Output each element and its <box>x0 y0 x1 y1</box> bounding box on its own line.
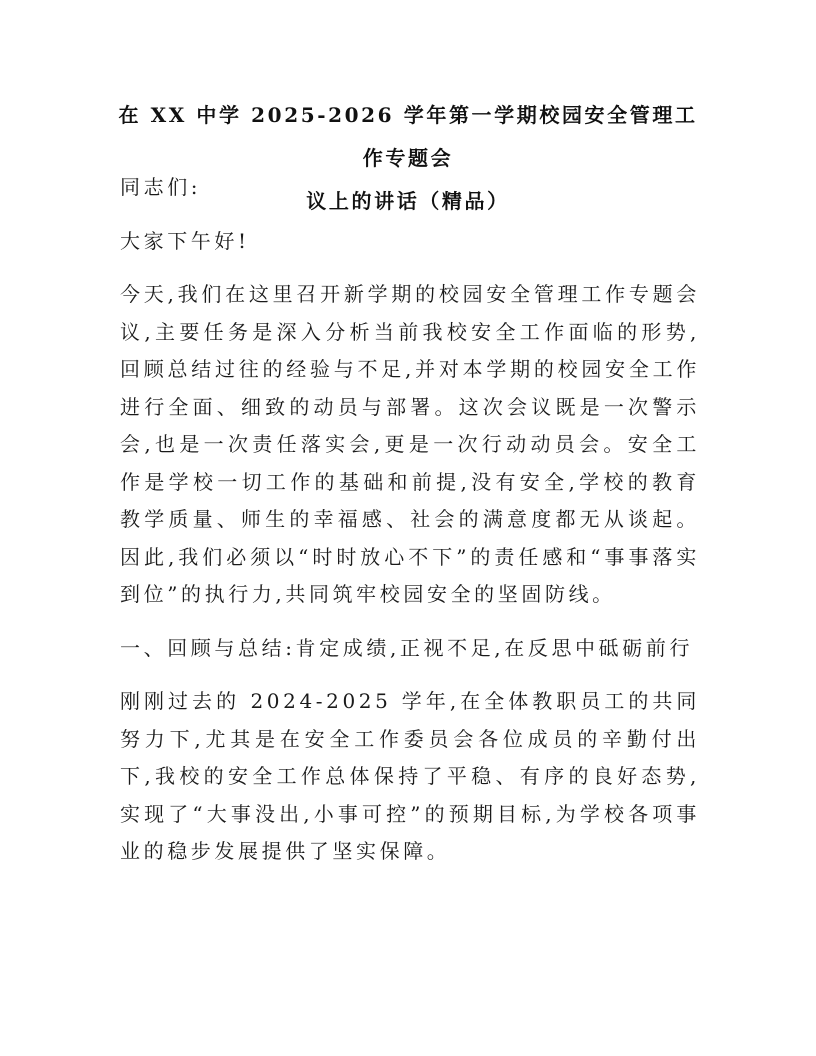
document-body: 同志们: 大家下午好! 今天,我们在这里召开新学期的校园安全管理工作专题会议,主… <box>120 169 700 871</box>
greeting: 大家下午好! <box>120 223 700 261</box>
document-page: 在 XX 中学 2025-2026 学年第一学期校园安全管理工作专题会 议上的讲… <box>0 0 816 1056</box>
salutation: 同志们: <box>120 169 700 207</box>
title-line-1: 在 XX 中学 2025-2026 学年第一学期校园安全管理工作专题会 <box>108 94 708 180</box>
paragraph-review: 刚刚过去的 2024-2025 学年,在全体教职员工的共同努力下,尤其是在安全工… <box>120 683 700 871</box>
section-heading-1: 一、回顾与总结:肯定成绩,正视不足,在反思中砥砺前行 <box>120 630 700 668</box>
paragraph-intro: 今天,我们在这里召开新学期的校园安全管理工作专题会议,主要任务是深入分析当前我校… <box>120 276 700 614</box>
